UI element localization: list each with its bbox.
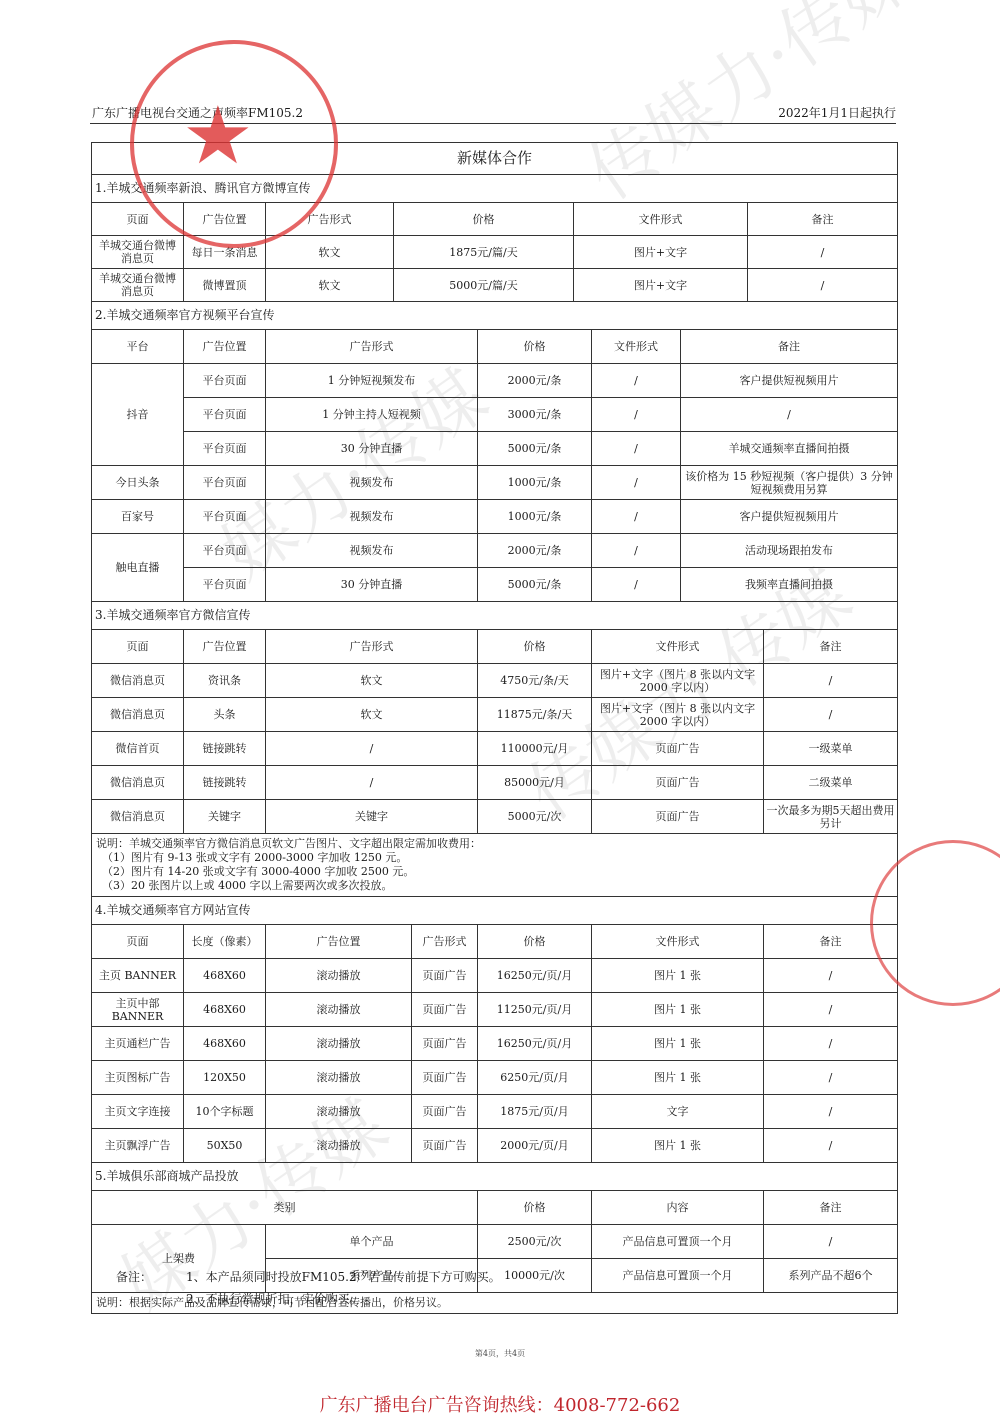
- column-header: 广告位置: [266, 925, 412, 959]
- section4-table: 页面 长度（像素） 广告位置 广告形式 价格 文件形式 备注 主页 BANNER…: [91, 924, 898, 1191]
- column-header: 平台: [92, 330, 184, 364]
- column-header: 广告位置: [184, 203, 266, 236]
- column-header: 备注: [764, 630, 898, 664]
- column-header: 价格: [478, 925, 592, 959]
- section-heading: 5.羊城俱乐部商城产品投放: [92, 1163, 898, 1191]
- table-row: 主页 BANNER468X60 滚动播放页面广告 16250元/页/月图片 1 …: [92, 959, 898, 993]
- column-header: 文件形式: [592, 925, 764, 959]
- section2-table: 平台 广告位置 广告形式 价格 文件形式 备注 抖音 平台页面1 分钟短视频发布…: [91, 329, 898, 630]
- column-header: 广告形式: [266, 203, 394, 236]
- page-title: 新媒体合作: [92, 143, 898, 175]
- section1-table: 页面 广告位置 广告形式 价格 文件形式 备注 羊城交通台微博消息页每日一条消息…: [91, 202, 898, 330]
- column-header: 价格: [478, 630, 592, 664]
- column-header: 价格: [394, 203, 574, 236]
- remark-item: 2、不执行常规折扣，实价购买。: [116, 1288, 501, 1310]
- table-row: 主页文字连接10个字标题 滚动播放页面广告 1875元/页/月文字 /: [92, 1095, 898, 1129]
- column-header: 备注: [748, 203, 898, 236]
- table-row: 今日头条 平台页面视频发布 1000元/条/ 该价格为 15 秒短视频（客户提供…: [92, 466, 898, 500]
- column-header: 广告形式: [412, 925, 478, 959]
- column-header: 文件形式: [592, 630, 764, 664]
- column-header: 备注: [764, 1191, 898, 1225]
- table-row: 百家号 平台页面视频发布 1000元/条/ 客户提供短视频用片: [92, 500, 898, 534]
- header-divider: [90, 123, 896, 124]
- table-row: 微信消息页关键字 关键字5000元/次 页面广告一次最多为期5天超出费用另计: [92, 800, 898, 834]
- column-header: 文件形式: [592, 330, 681, 364]
- remark-item: 1、本产品须同时投放FM105.2广告宣传前提下方可购买。: [186, 1270, 501, 1284]
- platform-cell: 抖音: [92, 364, 184, 466]
- column-header: 文件形式: [574, 203, 748, 236]
- column-header: 类别: [92, 1191, 478, 1225]
- table-row: 抖音 平台页面1 分钟短视频发布 2000元/条/ 客户提供短视频用片: [92, 364, 898, 398]
- table-row: 主页中部BANNER468X60 滚动播放页面广告 11250元/页/月图片 1…: [92, 993, 898, 1027]
- header-right: 2022年1月1日起执行: [778, 104, 896, 121]
- column-header: 广告位置: [184, 630, 266, 664]
- platform-cell: 百家号: [92, 500, 184, 534]
- section-heading: 4.羊城交通频率官方网站宣传: [92, 897, 898, 925]
- column-header: 广告形式: [266, 630, 478, 664]
- rate-table: 新媒体合作 1.羊城交通频率新浪、腾讯官方微博宣传: [91, 142, 898, 203]
- page-number: 第4页，共4页: [0, 1348, 1000, 1359]
- table-row: 平台页面30 分钟直播 5000元/条/ 羊城交通频率直播间拍摄: [92, 432, 898, 466]
- section-heading: 2.羊城交通频率官方视频平台宣传: [92, 302, 898, 330]
- table-row: 上架费 单个产品2500元/次 产品信息可置顶一个月/: [92, 1225, 898, 1259]
- column-header: 内容: [592, 1191, 764, 1225]
- column-header: 备注: [764, 925, 898, 959]
- column-header: 广告形式: [266, 330, 478, 364]
- column-header: 价格: [478, 1191, 592, 1225]
- table-row: 微信消息页头条 软文11875元/条/天 图片+文字（图片 8 张以内文字 20…: [92, 698, 898, 732]
- hotline: 广东广播电台广告咨询热线：4008-772-662: [0, 1391, 1000, 1413]
- table-row: 微信首页链接跳转 /110000元/月 页面广告一级菜单: [92, 732, 898, 766]
- platform-cell: 触电直播: [92, 534, 184, 602]
- column-header: 长度（像素）: [184, 925, 266, 959]
- table-row: 主页飘浮广告50X50 滚动播放页面广告 2000元/页/月图片 1 张 /: [92, 1129, 898, 1163]
- section-heading: 3.羊城交通频率官方微信宣传: [92, 602, 898, 630]
- column-header: 备注: [681, 330, 898, 364]
- column-header: 价格: [478, 330, 592, 364]
- table-row: 平台页面1 分钟主持人短视频 3000元/条/ /: [92, 398, 898, 432]
- table-row: 主页通栏广告468X60 滚动播放页面广告 16250元/页/月图片 1 张 /: [92, 1027, 898, 1061]
- remarks-label: 备注：: [116, 1266, 186, 1288]
- table-row: 触电直播 平台页面视频发布 2000元/条/ 活动现场跟拍发布: [92, 534, 898, 568]
- section3-note: 说明：羊城交通频率官方微信消息页软文广告图片、文字超出限定需加收费用： （1）图…: [92, 834, 898, 897]
- platform-cell: 今日头条: [92, 466, 184, 500]
- remarks: 备注：1、本产品须同时投放FM105.2广告宣传前提下方可购买。 2、不执行常规…: [116, 1266, 501, 1310]
- column-header: 广告位置: [184, 330, 266, 364]
- header-left: 广东广播电视台交通之声频率FM105.2: [92, 104, 303, 121]
- section-heading: 1.羊城交通频率新浪、腾讯官方微博宣传: [92, 175, 898, 203]
- column-header: 页面: [92, 630, 184, 664]
- table-row: 微信消息页资讯条 软文4750元/条/天 图片+文字（图片 8 张以内文字 20…: [92, 664, 898, 698]
- table-row: 羊城交通台微博消息页微博置顶 软文5000元/篇/天 图片+文字/: [92, 269, 898, 302]
- column-header: 页面: [92, 203, 184, 236]
- table-row: 羊城交通台微博消息页每日一条消息 软文1875元/篇/天 图片+文字/: [92, 236, 898, 269]
- table-row: 主页图标广告120X50 滚动播放页面广告 6250元/页/月图片 1 张 /: [92, 1061, 898, 1095]
- table-row: 平台页面30 分钟直播 5000元/条/ 我频率直播间拍摄: [92, 568, 898, 602]
- rate-sheet: 新媒体合作 1.羊城交通频率新浪、腾讯官方微博宣传 页面 广告位置 广告形式 价…: [91, 142, 897, 1314]
- table-row: 微信消息页链接跳转 /85000元/月 页面广告二级菜单: [92, 766, 898, 800]
- column-header: 页面: [92, 925, 184, 959]
- section3-table: 页面 广告位置 广告形式 价格 文件形式 备注 微信消息页资讯条 软文4750元…: [91, 629, 898, 925]
